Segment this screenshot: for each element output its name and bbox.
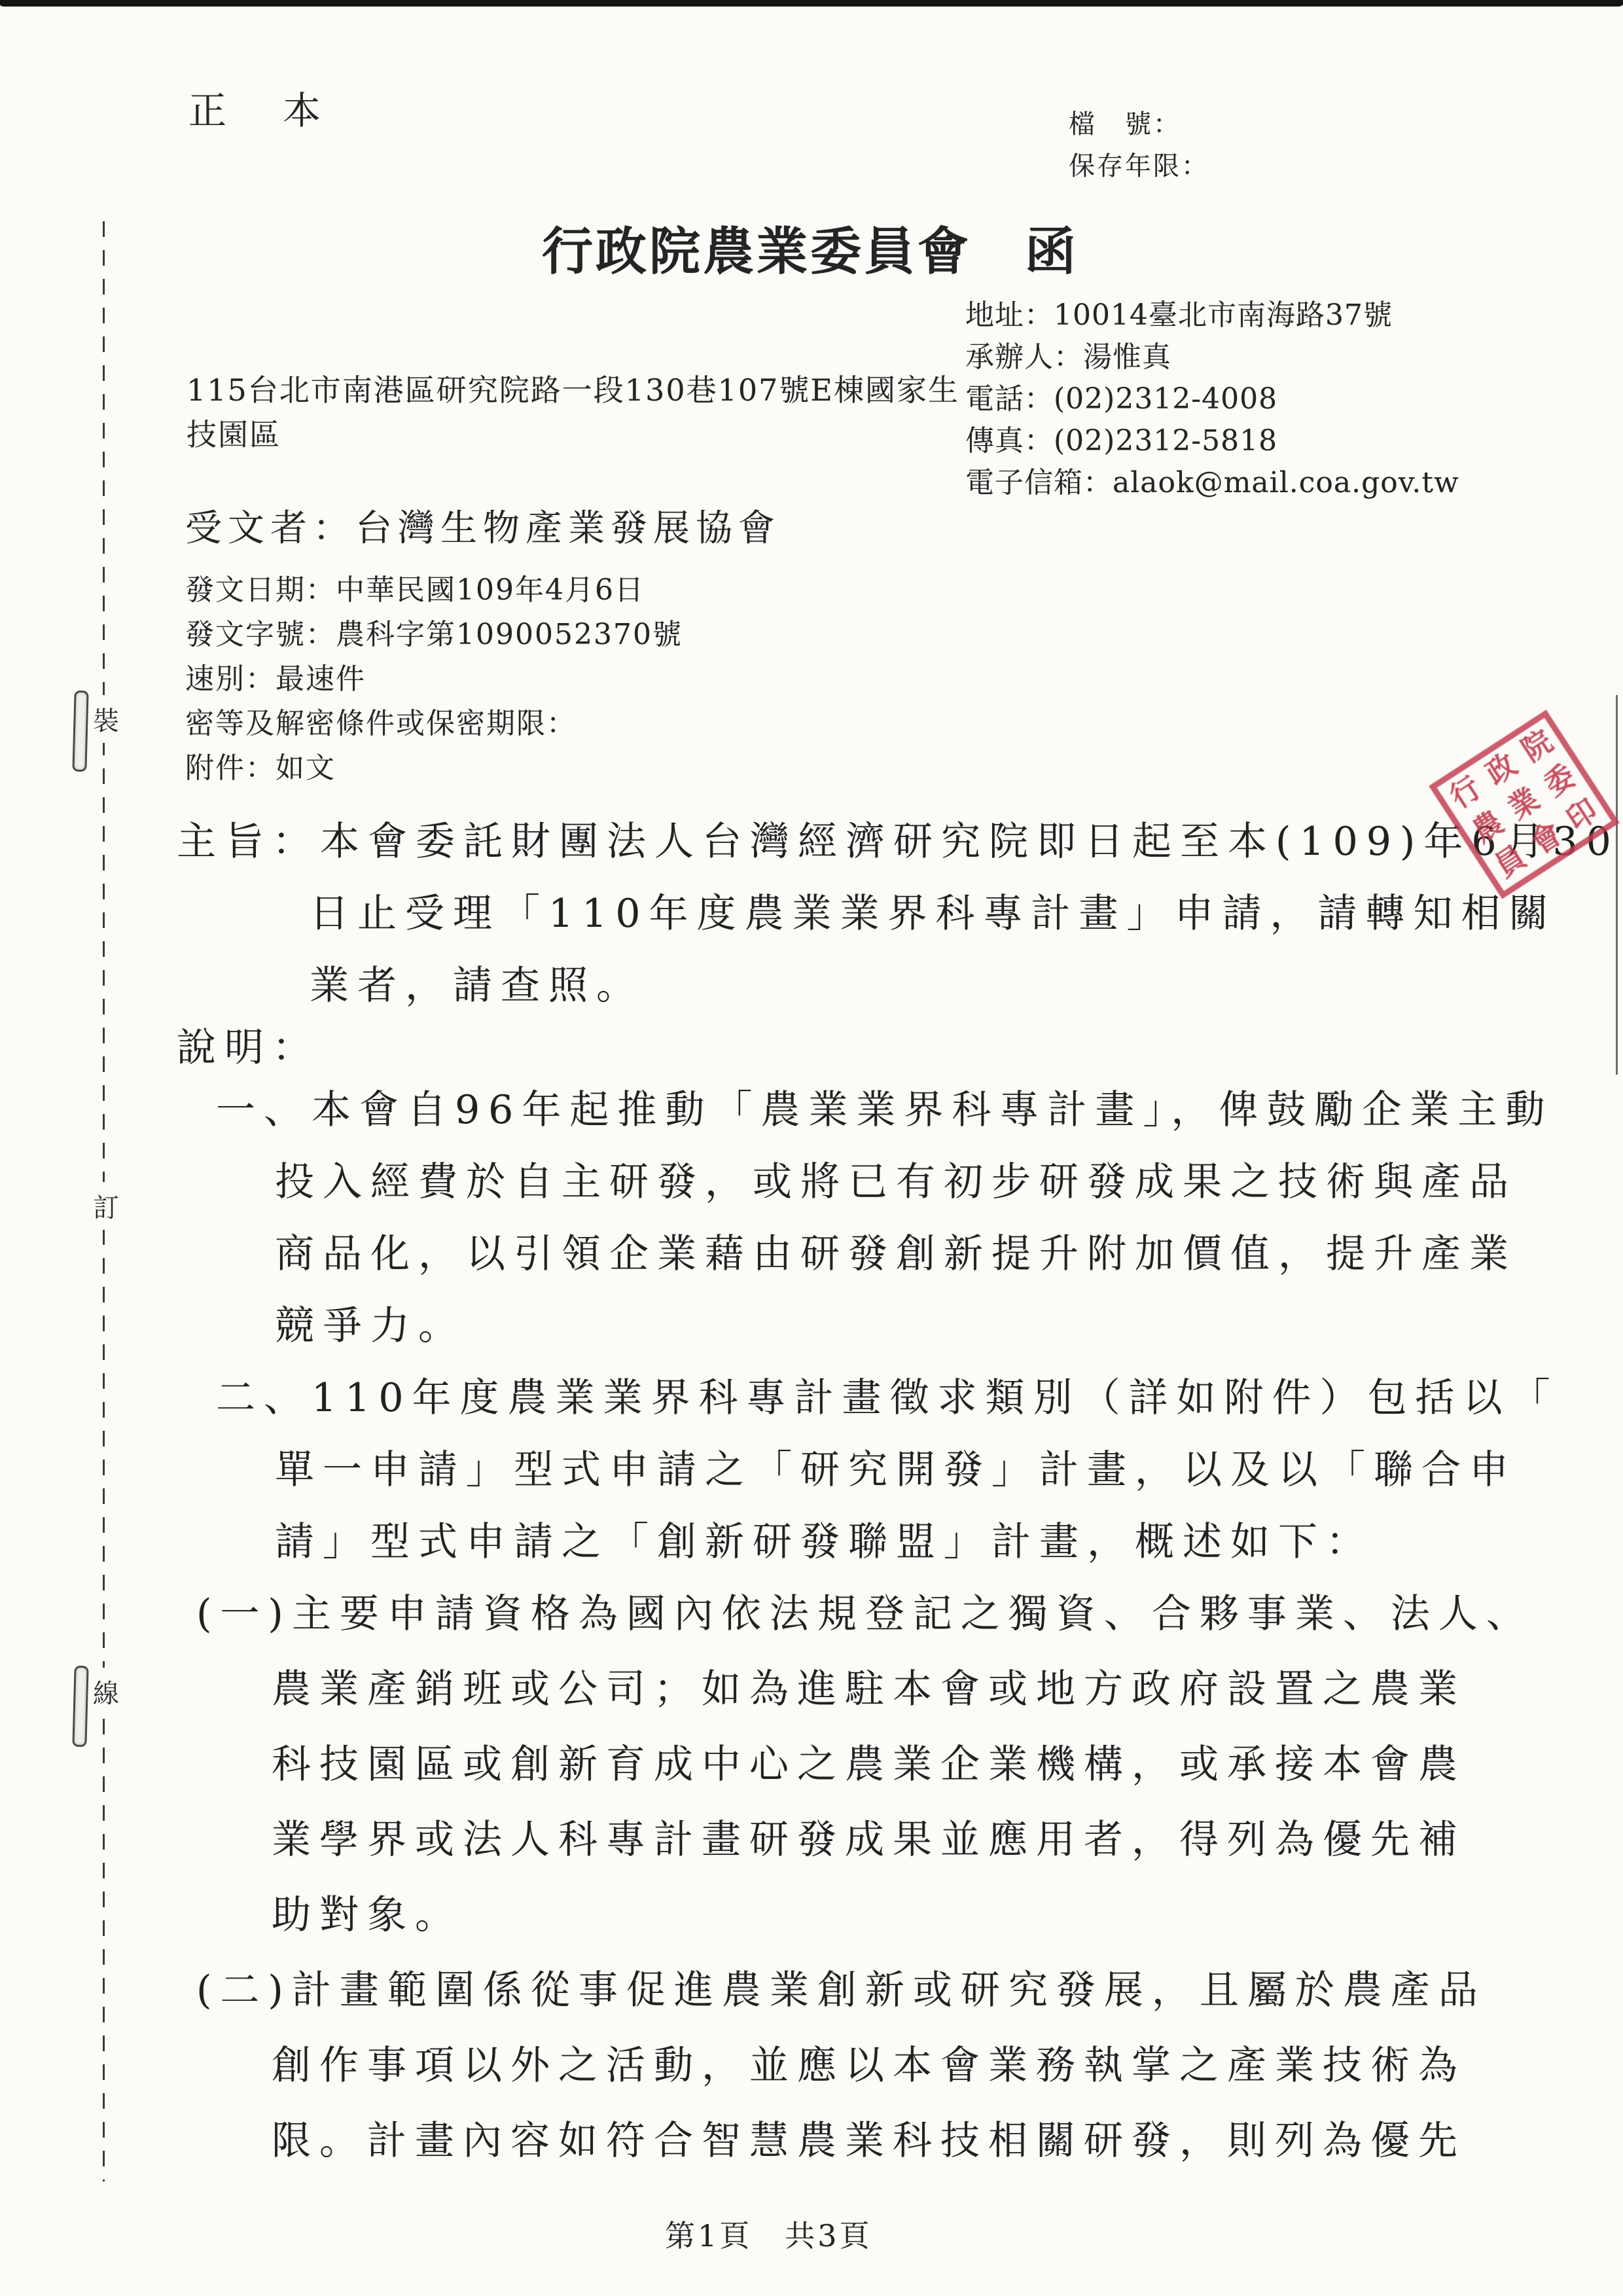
body-line: 助對象。: [272, 1884, 463, 1940]
body-line-item-2: 二、110年度農業業界科專計畫徵求類別（詳如附件）包括以「: [216, 1367, 1559, 1423]
meta-attachment: 附件：如文: [185, 746, 683, 791]
body-line: 創作事項以外之活動，並應以本會業務執掌之產業技術為: [272, 2034, 1466, 2090]
seal-character: 業: [1504, 784, 1544, 825]
scanned-official-letter-page: { "header": { "copy_type": "正 本", "file_…: [0, 0, 1623, 2296]
staple-mark-icon: [72, 1666, 88, 1748]
body-line-subject: 主旨：本會委託財團法人台灣經濟研究院即日起至本(109)年6月30: [177, 810, 1620, 867]
body-line: 業學界或法人科專計畫研發成果並應用者，得列為優先補: [272, 1808, 1466, 1865]
contact-person: 承辦人：湯惟真: [965, 336, 1459, 378]
binding-label-xian: 線: [90, 1668, 122, 1715]
copy-type-label: 正 本: [188, 80, 330, 135]
seal-character: 會: [1526, 818, 1567, 859]
contact-phone: 電話：(02)2312-4008: [965, 378, 1459, 420]
contact-email: 電子信箱：alaok@mail.coa.gov.tw: [965, 462, 1459, 504]
contact-fax: 傳真：(02)2312-5818: [965, 420, 1459, 462]
right-scan-edge: [1616, 695, 1618, 1075]
sender-address-line-2: 技園區: [187, 411, 281, 454]
contact-block: 地址：10014臺北市南海路37號 承辦人：湯惟真 電話：(02)2312-40…: [965, 295, 1459, 504]
body-line-item-1: 一、本會自96年起推動「農業業界科專計畫」，俾鼓勵企業主動: [216, 1079, 1553, 1135]
body-line: 農業產銷班或公司；如為進駐本會或地方政府設置之農業: [272, 1658, 1466, 1714]
staple-mark-icon: [72, 691, 88, 772]
body-line: 請」型式申請之「創新研發聯盟」計畫，概述如下：: [275, 1511, 1374, 1567]
body-line: 投入經費於自主研發，或將已有初步研發成果之技術與產品: [275, 1151, 1517, 1207]
body-line-explanation-heading: 說明：: [177, 1016, 320, 1073]
retention-period-label: 保存年限：: [1069, 145, 1209, 183]
contact-address: 地址：10014臺北市南海路37號: [965, 295, 1459, 336]
meta-priority: 速別：最速件: [185, 657, 683, 702]
top-scan-edge: [0, 0, 1623, 7]
seal-character: 員: [1490, 842, 1531, 883]
meta-block: 發文日期：中華民國109年4月6日 發文字號：農科字第1090052370號 速…: [185, 568, 683, 791]
seal-character: 印: [1562, 795, 1603, 836]
body-line: 商品化，以引領企業藉由研發創新提升附加價值，提升產業: [275, 1223, 1517, 1279]
binding-label-ding: 訂: [90, 1182, 122, 1230]
body-line: 競爭力。: [275, 1295, 466, 1351]
meta-reference-number: 發文字號：農科字第1090052370號: [185, 613, 683, 657]
seal-character: 政: [1482, 749, 1522, 791]
body-line-subitem-2: (二)計畫範圍係從事促進農業創新或研究發展，且屬於農產品: [196, 1959, 1486, 2015]
page-footer: 第1頁 共3頁: [665, 2212, 872, 2255]
seal-character: 農: [1468, 807, 1508, 848]
body-line: 日止受理「110年度農業業界科專計畫」申請，請轉知相關: [310, 882, 1557, 939]
body-line: 限。計畫內容如符合智慧農業科技相關研發，則列為優先: [272, 2109, 1466, 2166]
sender-address-line-1: 115台北市南港區研究院路一段130巷107號E棟國家生: [187, 367, 959, 410]
seal-character: 院: [1518, 726, 1558, 768]
official-seal: 行 政 院 農 業 委 員 會 印: [1429, 709, 1620, 899]
body-line: 科技園區或創新育成中心之農業企業機構，或承接本會農: [272, 1733, 1466, 1789]
document-title: 行政院農業委員會 函: [542, 211, 1079, 284]
meta-classification: 密等及解密條件或保密期限：: [185, 702, 683, 746]
binding-label-zhuang: 裝: [90, 695, 122, 743]
seal-character: 委: [1540, 761, 1580, 802]
recipient-line: 受文者：台灣生物產業發展協會: [185, 499, 781, 552]
file-number-label: 檔 號：: [1069, 103, 1181, 141]
body-line: 單一申請」型式申請之「研究開發」計畫，以及以「聯合申: [275, 1439, 1517, 1495]
body-line: 業者，請查照。: [310, 954, 644, 1011]
meta-issue-date: 發文日期：中華民國109年4月6日: [185, 568, 683, 613]
seal-character: 行: [1446, 773, 1486, 814]
body-line-subitem-1: (一)主要申請資格為國內依法規登記之獨資、合夥事業、法人、: [196, 1583, 1534, 1639]
